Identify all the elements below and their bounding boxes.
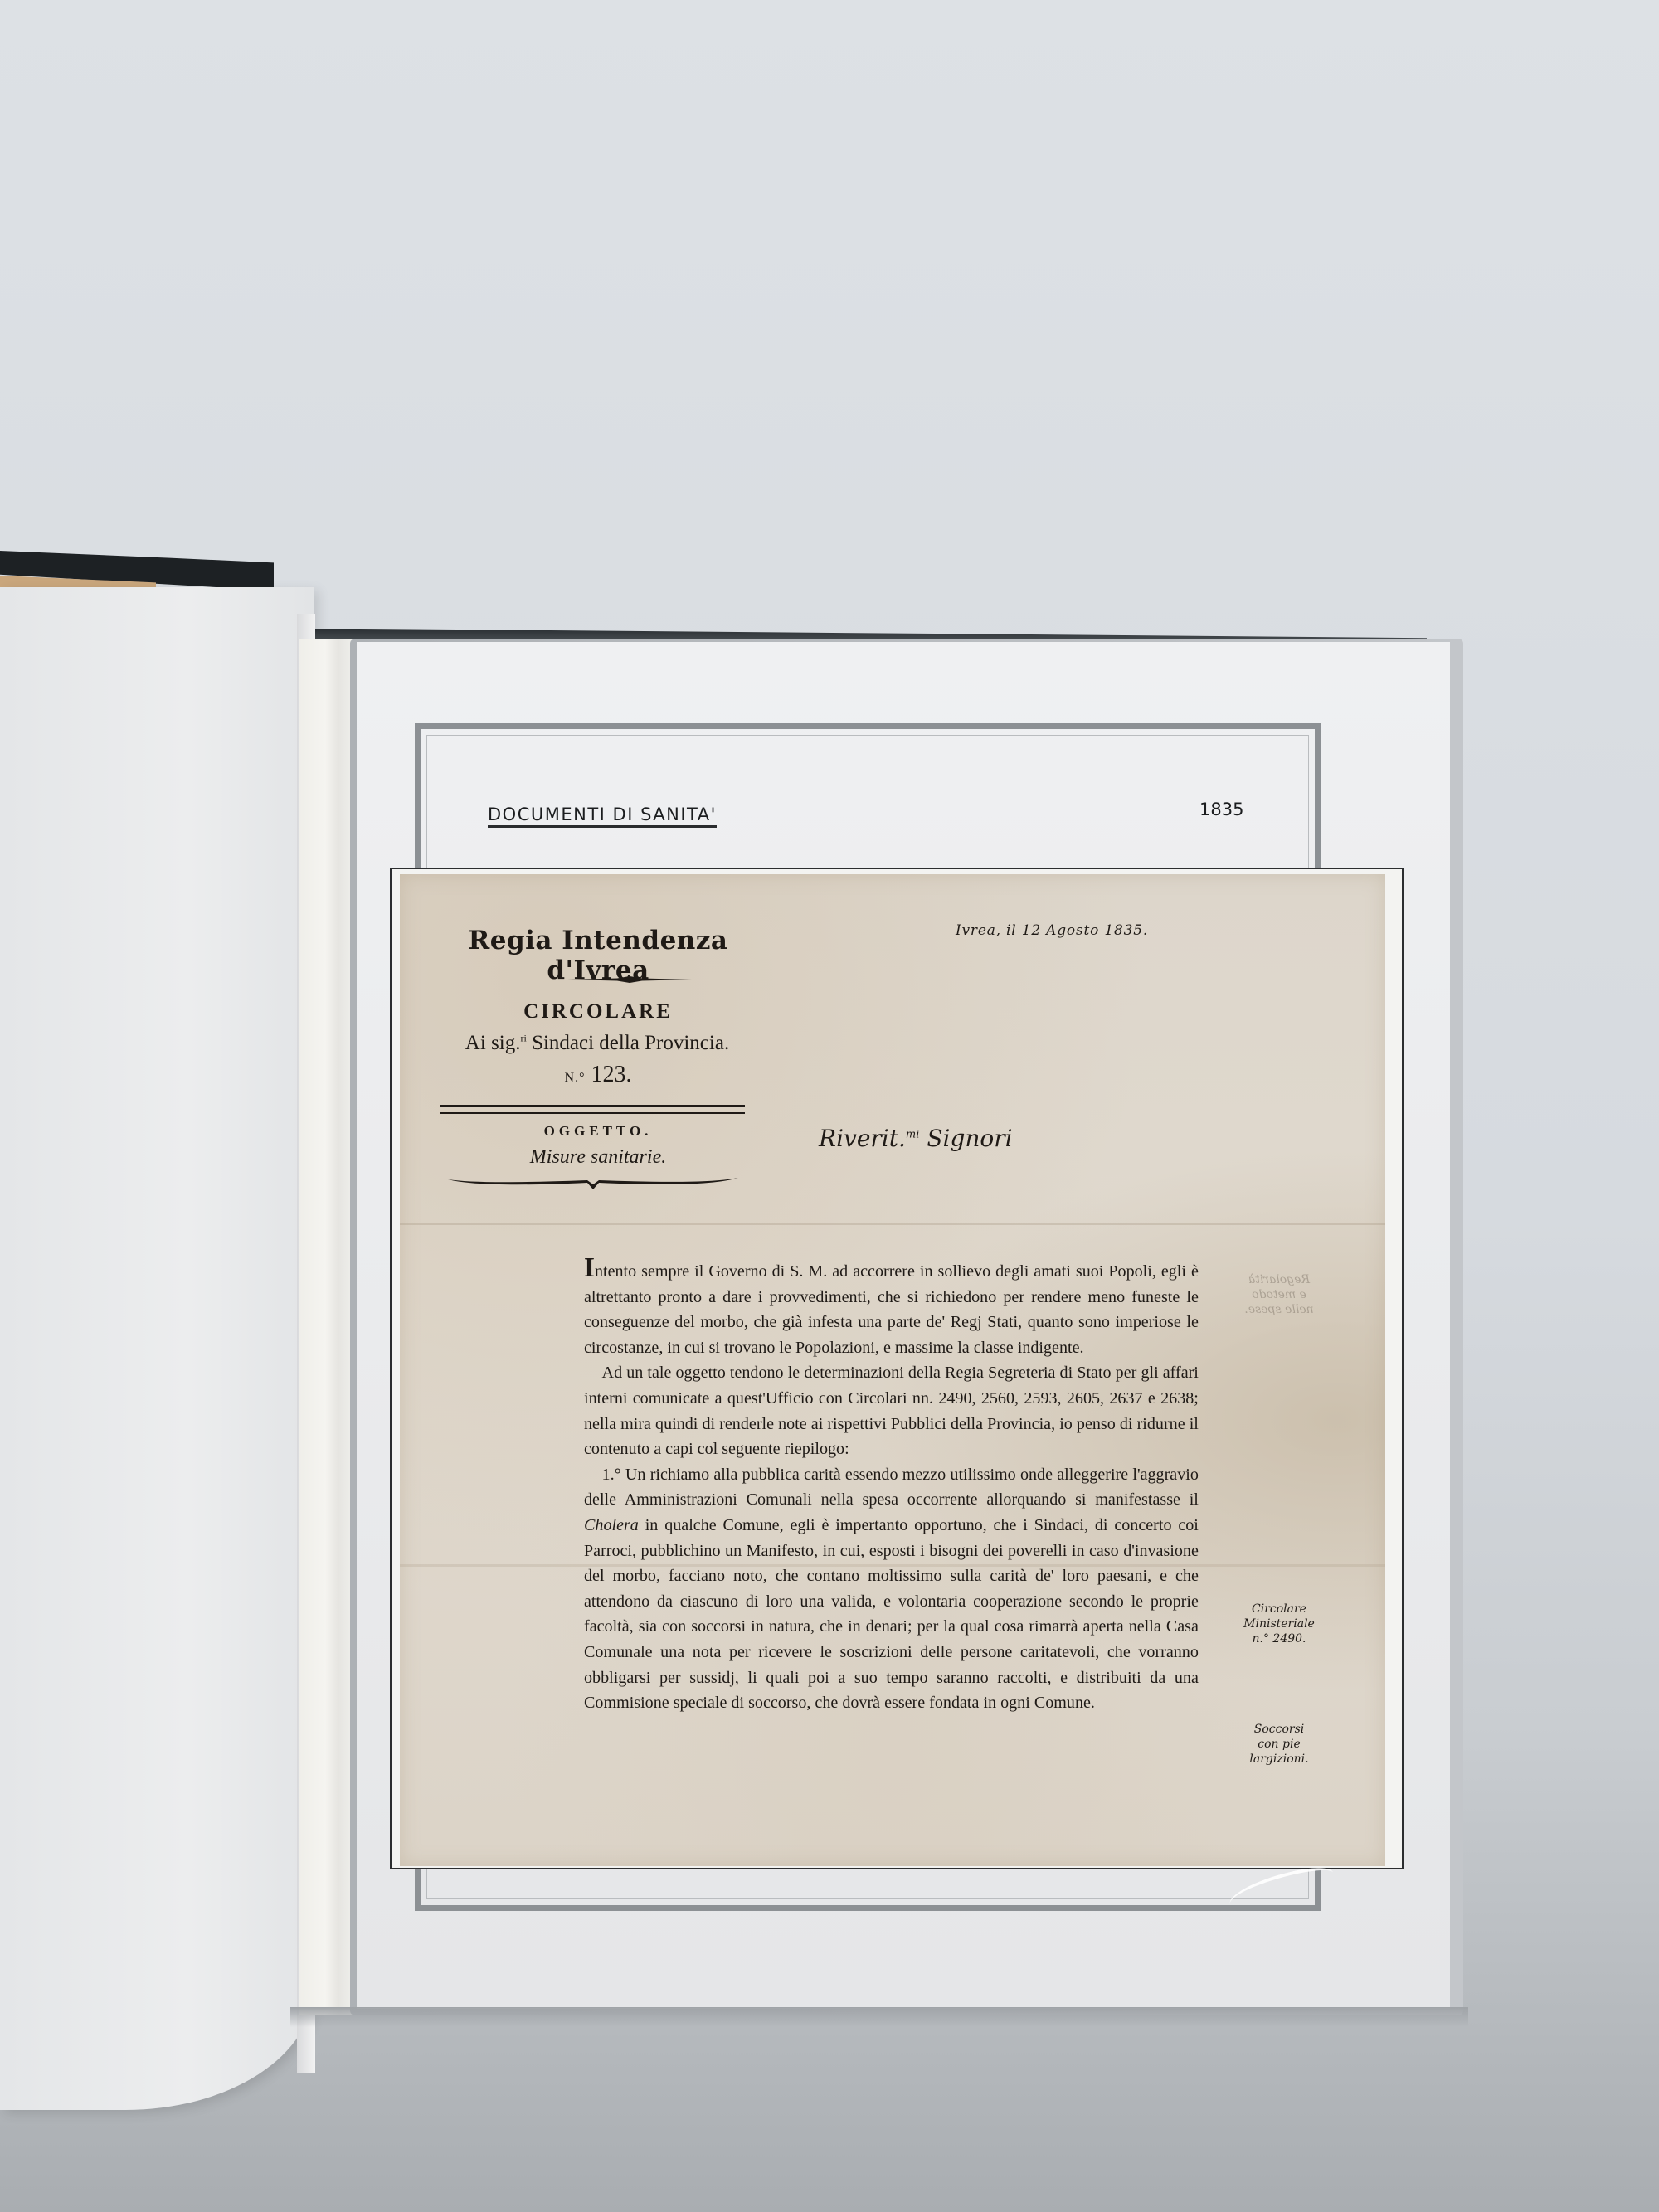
margin-note-circolare: Circolare Ministeriale n.° 2490. xyxy=(1233,1602,1326,1646)
place-and-date: Ivrea, il 12 Agosto 1835. xyxy=(956,922,1148,939)
album-page-year: 1835 xyxy=(1199,800,1243,819)
circular-body: Intento sempre il Governo di S. M. ad ac… xyxy=(584,1259,1199,1716)
subject-label: OGGETTO. xyxy=(436,1123,760,1140)
page-shadow xyxy=(290,2007,1468,2027)
margin-note-soccorsi: Soccorsi con pie largizioni. xyxy=(1233,1722,1326,1767)
left-album-page xyxy=(0,587,314,2110)
paragraph: Intento sempre il Governo di S. M. ad ac… xyxy=(584,1259,1199,1360)
salutation: Riverit.mi Signori xyxy=(819,1125,1013,1152)
double-rule xyxy=(440,1105,745,1114)
paragraph: Ad un tale oggetto tendono le determinaz… xyxy=(584,1360,1199,1461)
brace-ornament-icon xyxy=(446,1176,740,1191)
paper-fold xyxy=(400,1223,1385,1225)
drop-cap: I xyxy=(584,1252,595,1283)
subject-text: Misure sanitarie. xyxy=(436,1146,760,1169)
paragraph: 1.° Un richiamo alla pubblica carità ess… xyxy=(584,1462,1199,1716)
ghost-margin-note: Regolarità e metodo nelle spese. xyxy=(1233,1272,1326,1317)
addressee: Ai sig.ri Sindaci della Provincia. xyxy=(431,1032,763,1055)
ornament-divider-icon xyxy=(567,975,692,984)
album-page-title: DOCUMENTI DI SANITA' xyxy=(488,805,717,828)
document-type: CIRCOLARE xyxy=(436,1000,760,1023)
circular-number: N.° 123. xyxy=(436,1062,760,1088)
historical-circular: Regia Intendenza d'Ivrea CIRCOLARE Ai si… xyxy=(400,874,1385,1866)
